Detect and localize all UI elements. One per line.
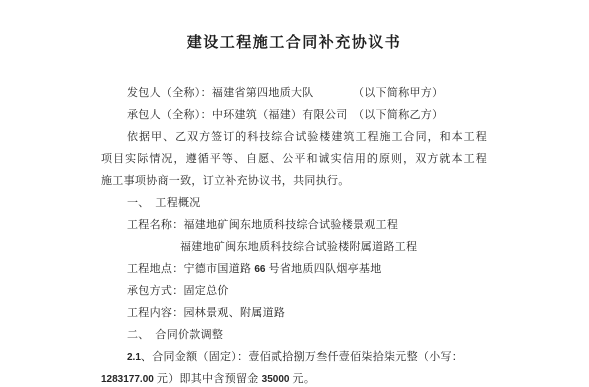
section-1-heading: 一、 工程概况 (101, 192, 487, 214)
clause-2-1-line-2: 1283177.00 元）即其中含预留金 35000 元。 (101, 368, 487, 387)
clause-2-1-line-1: 2.1、合同金额（固定）：壹佰贰拾捌万叁仟壹佰柒拾柒元整（小写： (101, 346, 487, 368)
preamble-line-3: 施工事项协商一致，订立补充协议书，共同执行。 (101, 170, 487, 192)
project-location-line: 工程地点：宁德市国道路 66 号省地质四队烟亭基地 (101, 258, 487, 280)
location-street-number: 66 (254, 264, 265, 275)
party-b-alias: （以下简称乙方） (353, 104, 443, 126)
section-2-heading: 二、 合同价款调整 (101, 324, 487, 346)
contract-method-line: 承包方式：固定总价 (101, 280, 487, 302)
party-a-line: 发包人（全称）：福建省第四地质大队 （以下简称甲方） (101, 82, 487, 104)
project-name-line-1: 工程名称：福建地矿闽东地质科技综合试验楼景观工程 (101, 214, 487, 236)
contract-amount-figure: 1283177.00 (101, 374, 154, 385)
clause-amount-words: 、合同金额（固定）：壹佰贰拾捌万叁仟壹佰柒拾柒元整（小写： (141, 351, 463, 363)
amount-tail-text: 元。 (289, 373, 315, 385)
document-title: 建设工程施工合同补充协议书 (101, 32, 487, 54)
project-content-line: 工程内容：园林景观、附属道路 (101, 302, 487, 324)
amount-mid-text: 元）即其中含预留金 (154, 373, 262, 385)
party-a-name: 发包人（全称）：福建省第四地质大队 (127, 87, 314, 99)
party-b-name: 承包人（全称）：中环建筑（福建）有限公司 (127, 109, 348, 121)
party-a-alias: （以下简称甲方） (353, 82, 443, 104)
location-text-prefix: 工程地点：宁德市国道路 (127, 263, 254, 275)
project-name-line-2: 福建地矿闽东地质科技综合试验楼附属道路工程 (101, 236, 487, 258)
preamble-line-2: 项目实际情况，遵循平等、自愿、公平和诚实信用的原则，双方就本工程 (101, 148, 487, 170)
contract-document-page: 建设工程施工合同补充协议书 发包人（全称）：福建省第四地质大队 （以下简称甲方）… (0, 0, 589, 387)
location-text-suffix: 号省地质四队烟亭基地 (265, 263, 381, 275)
reserve-amount-figure: 35000 (262, 374, 290, 385)
party-b-line: 承包人（全称）：中环建筑（福建）有限公司 （以下简称乙方） (101, 104, 487, 126)
preamble-line-1: 依据甲、乙双方签订的科技综合试验楼建筑工程施工合同，和本工程 (101, 126, 487, 148)
clause-number: 2.1 (127, 352, 141, 363)
